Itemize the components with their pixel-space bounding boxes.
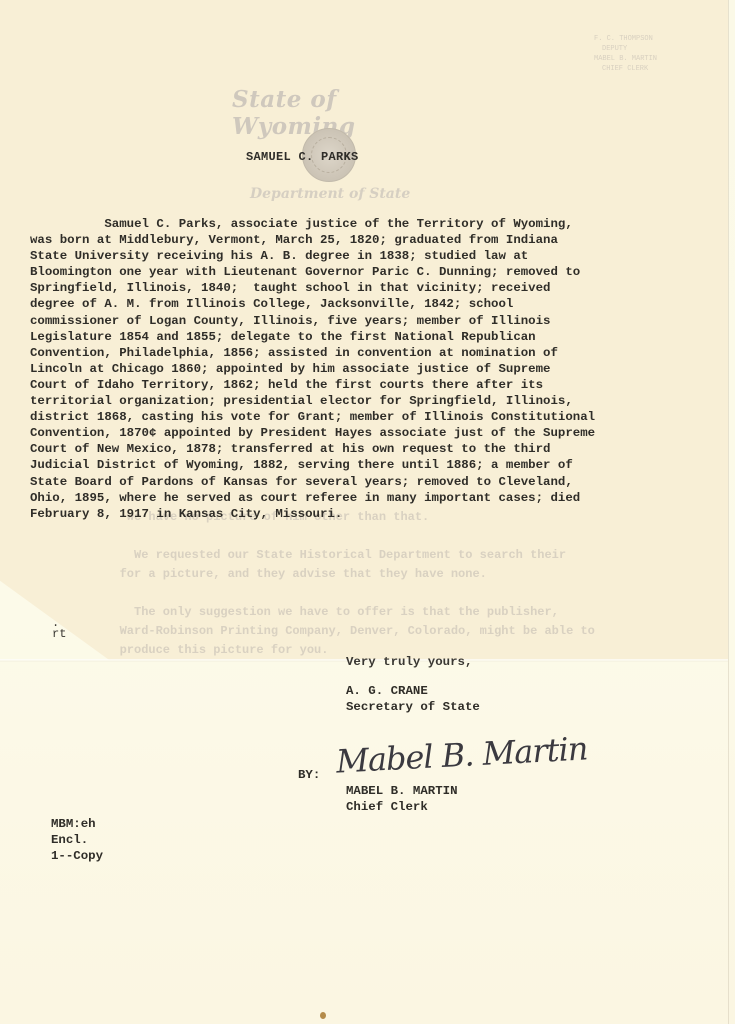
body-line: Judicial District of Wyoming, 1882, serv…: [30, 457, 650, 473]
page-edge: [728, 0, 729, 1024]
bleed-through-line: The only suggestion we have to offer is …: [98, 603, 638, 622]
body-line: commissioner of Logan County, Illinois, …: [30, 313, 650, 329]
body-line: Ohio, 1895, where he served as court ref…: [30, 490, 650, 506]
body-line: Lincoln at Chicago 1860; appointed by hi…: [30, 361, 650, 377]
handwritten-signature: Mabel B. Martin: [335, 729, 588, 780]
cc-line: CHIEF CLERK: [594, 64, 657, 74]
body-line: Legislature 1854 and 1855; delegate to t…: [30, 329, 650, 345]
body-line: Bloomington one year with Lieutenant Gov…: [30, 264, 650, 280]
fragment-text: rt: [52, 627, 66, 641]
body-line: territorial organization; presidential e…: [30, 393, 650, 409]
cc-line: F. C. THOMPSON: [594, 34, 657, 44]
body-line: Samuel C. Parks, associate justice of th…: [30, 216, 650, 232]
body-line: State University receiving his A. B. deg…: [30, 248, 650, 264]
body-line: Convention, 1870¢ appointed by President…: [30, 425, 650, 441]
cc-header-block: F. C. THOMPSON DEPUTY MABEL B. MARTIN CH…: [594, 34, 657, 74]
document-title: SAMUEL C. PARKS: [246, 150, 359, 164]
cc-line: MABEL B. MARTIN: [594, 54, 657, 64]
body-line: Court of Idaho Territory, 1862; held the…: [30, 377, 650, 393]
bleed-through-line: [98, 584, 638, 603]
body-line: was born at Middlebury, Vermont, March 2…: [30, 232, 650, 248]
secretary-name: A. G. CRANE: [346, 683, 480, 699]
bleed-through-line: for a picture, and they advise that they…: [98, 565, 638, 584]
bleed-through-line: Ward-Robinson Printing Company, Denver, …: [98, 622, 638, 641]
typist-initials: MBM:eh: [51, 816, 103, 832]
signer-name: MABEL B. MARTIN: [346, 783, 458, 799]
body-line: district 1868, casting his vote for Gran…: [30, 409, 650, 425]
body-line: degree of A. M. from Illinois College, J…: [30, 296, 650, 312]
bleed-through-text: we have no picture of him other than tha…: [98, 508, 638, 660]
paper-stain: [320, 1012, 326, 1019]
body-line: February 8, 1917 in Kansas City, Missour…: [30, 506, 650, 522]
body-line: Convention, Philadelphia, 1856; assisted…: [30, 345, 650, 361]
by-label: BY:: [298, 768, 320, 782]
body-line: Springfield, Illinois, 1840; taught scho…: [30, 280, 650, 296]
copy-note: 1--Copy: [51, 848, 103, 864]
bleed-through-line: [98, 527, 638, 546]
signer-block: MABEL B. MARTIN Chief Clerk: [346, 783, 458, 815]
body-line: State Board of Pardons of Kansas for sev…: [30, 474, 650, 490]
bleed-through-line: We requested our State Historical Depart…: [98, 546, 638, 565]
cc-line: DEPUTY: [594, 44, 657, 54]
letterhead-department: Department of State: [250, 186, 410, 202]
salutation: Very truly yours,: [346, 654, 480, 670]
secretary-title: Secretary of State: [346, 699, 480, 715]
enclosure-note: Encl.: [51, 832, 103, 848]
document-page: F. C. THOMPSON DEPUTY MABEL B. MARTIN CH…: [0, 0, 735, 1024]
closing-block: Very truly yours, A. G. CRANE Secretary …: [346, 654, 480, 715]
body-line: Court of New Mexico, 1878; transferred a…: [30, 441, 650, 457]
biography-body: Samuel C. Parks, associate justice of th…: [30, 216, 650, 522]
signer-title: Chief Clerk: [346, 799, 458, 815]
reference-block: MBM:eh Encl. 1--Copy: [51, 816, 103, 864]
